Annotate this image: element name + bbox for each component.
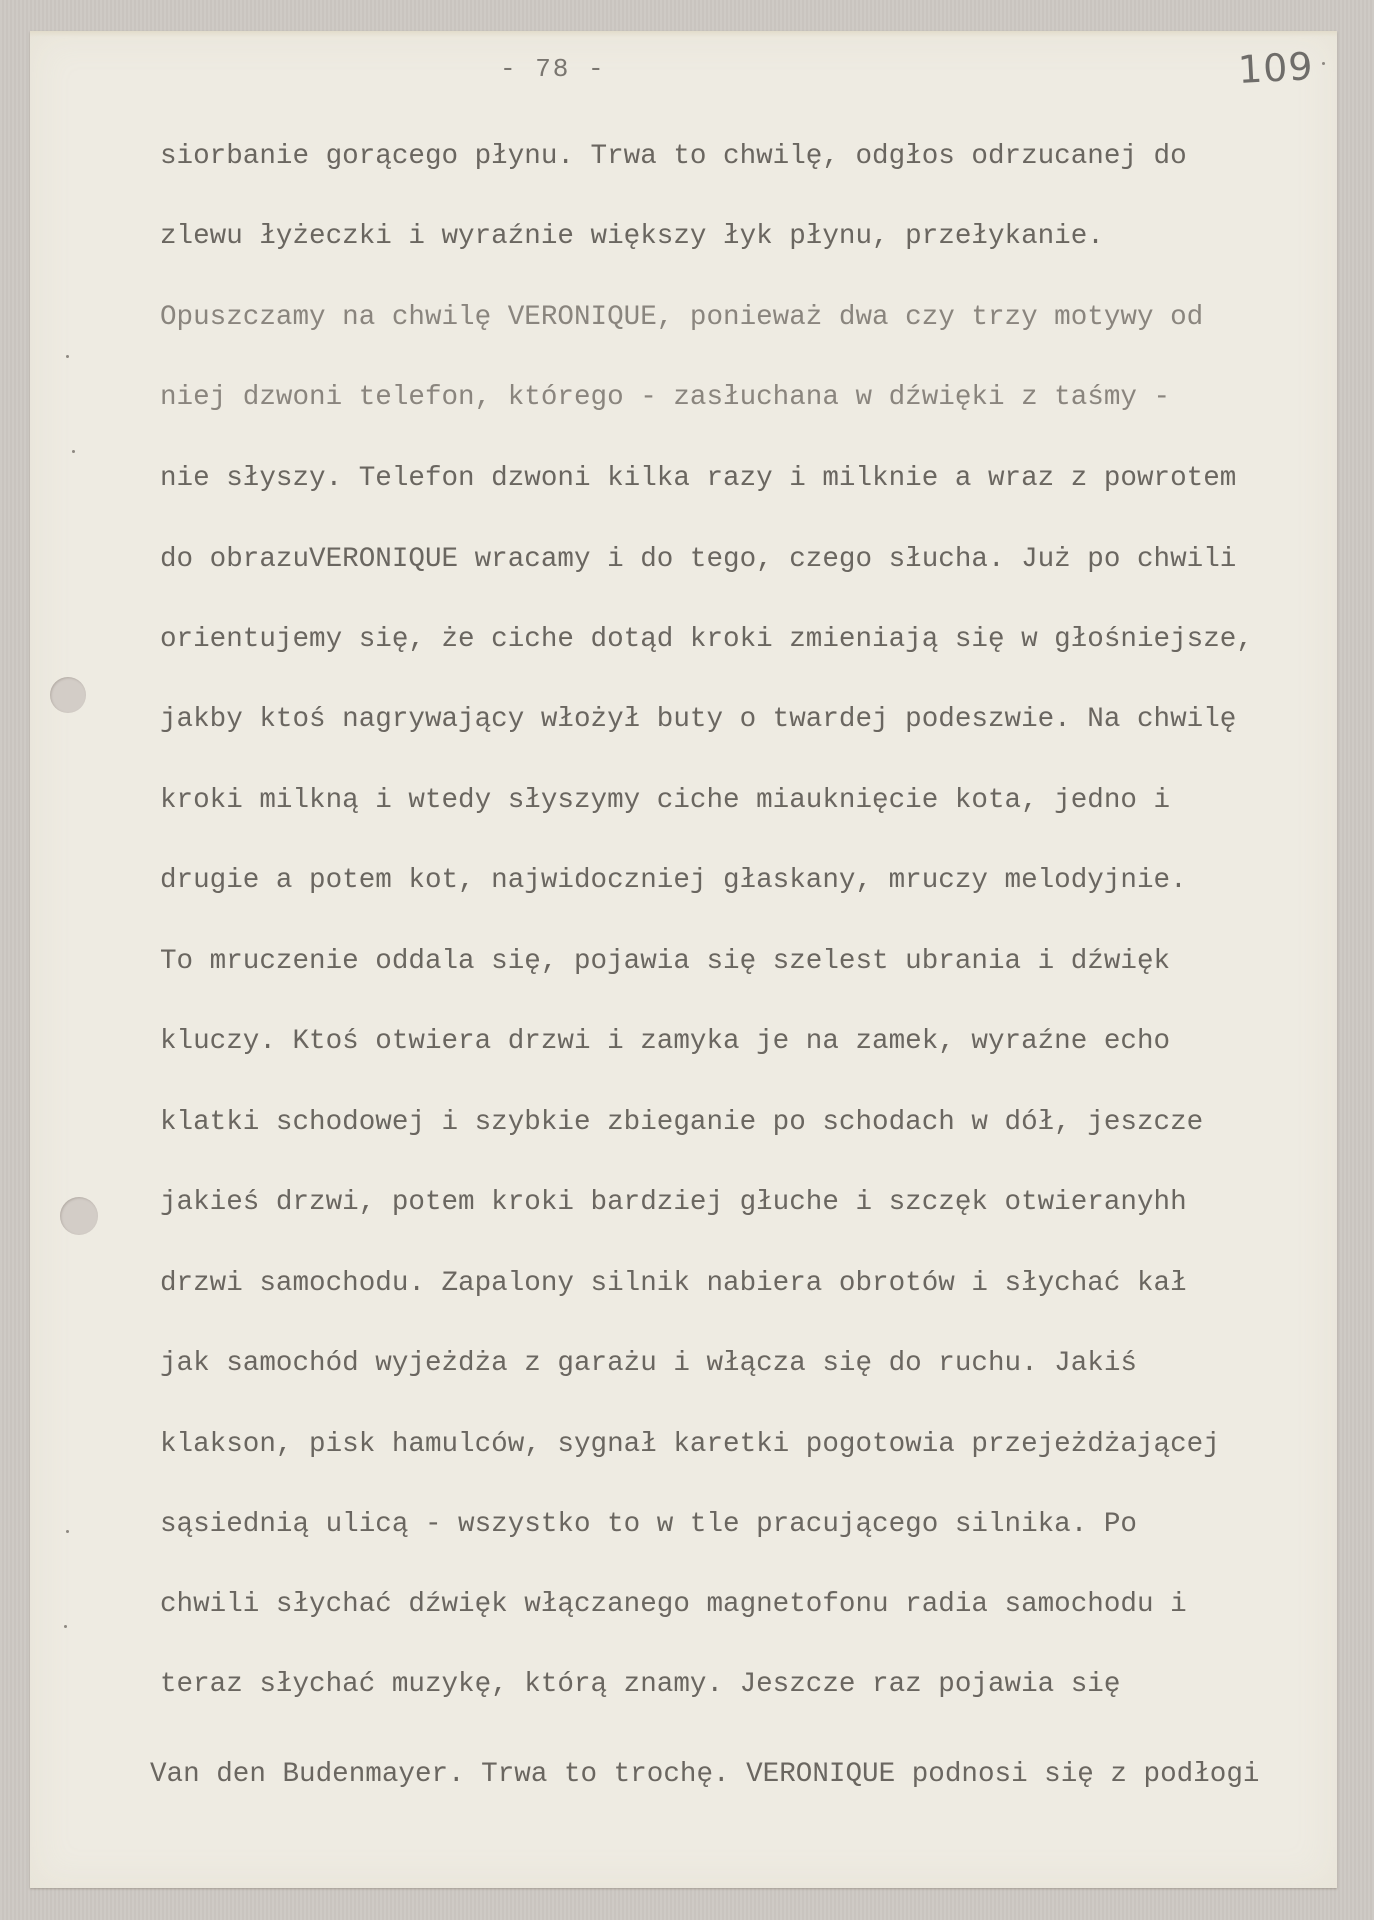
paper-speck [64,1625,67,1628]
text-line: Van den Budenmayer. Trwa to trochę. VERO… [150,1759,1259,1791]
punch-hole-bottom [60,1197,98,1235]
text-line: jak samochód wyjeżdża z garażu i włącza … [160,1348,1137,1380]
paper-speck [66,355,69,358]
text-line: klatki schodowej i szybkie zbieganie po … [160,1107,1203,1139]
text-line: zlewu łyżeczki i wyraźnie większy łyk pł… [160,221,1104,253]
text-line: jakieś drzwi, potem kroki bardziej głuch… [160,1187,1187,1219]
text-line: jakby ktoś nagrywający włożył buty o twa… [160,704,1236,736]
text-line: niej dzwoni telefon, którego - zasłuchan… [160,382,1170,414]
paper-speck [1322,62,1325,65]
paper-speck [72,450,75,453]
archive-number-handwritten: 109 [1237,44,1315,92]
text-line: nie słyszy. Telefon dzwoni kilka razy i … [160,463,1236,495]
text-line: siorbanie gorącego płynu. Trwa to chwilę… [160,141,1187,173]
text-line: kluczy. Ktoś otwiera drzwi i zamyka je n… [160,1026,1170,1058]
text-line: orientujemy się, że ciche dotąd kroki zm… [160,624,1253,656]
text-line: Opuszczamy na chwilę VERONIQUE, ponieważ… [160,302,1203,334]
paper-speck [66,1530,69,1533]
text-line: chwili słychać dźwięk włączanego magneto… [160,1589,1187,1621]
text-line: To mruczenie oddala się, pojawia się sze… [160,946,1170,978]
text-line: sąsiednią ulicą - wszystko to w tle prac… [160,1509,1137,1541]
text-line: teraz słychać muzykę, którą znamy. Jeszc… [160,1669,1120,1701]
text-line: drzwi samochodu. Zapalony silnik nabiera… [160,1268,1187,1300]
text-line: do obrazuVERONIQUE wracamy i do tego, cz… [160,544,1236,576]
text-line: drugie a potem kot, najwidoczniej głaska… [160,865,1187,897]
page-number: - 78 - [500,54,606,84]
text-line: kroki milkną i wtedy słyszymy ciche miau… [160,785,1170,817]
text-line: klakson, pisk hamulców, sygnał karetki p… [160,1429,1220,1461]
punch-hole-top [50,677,86,713]
